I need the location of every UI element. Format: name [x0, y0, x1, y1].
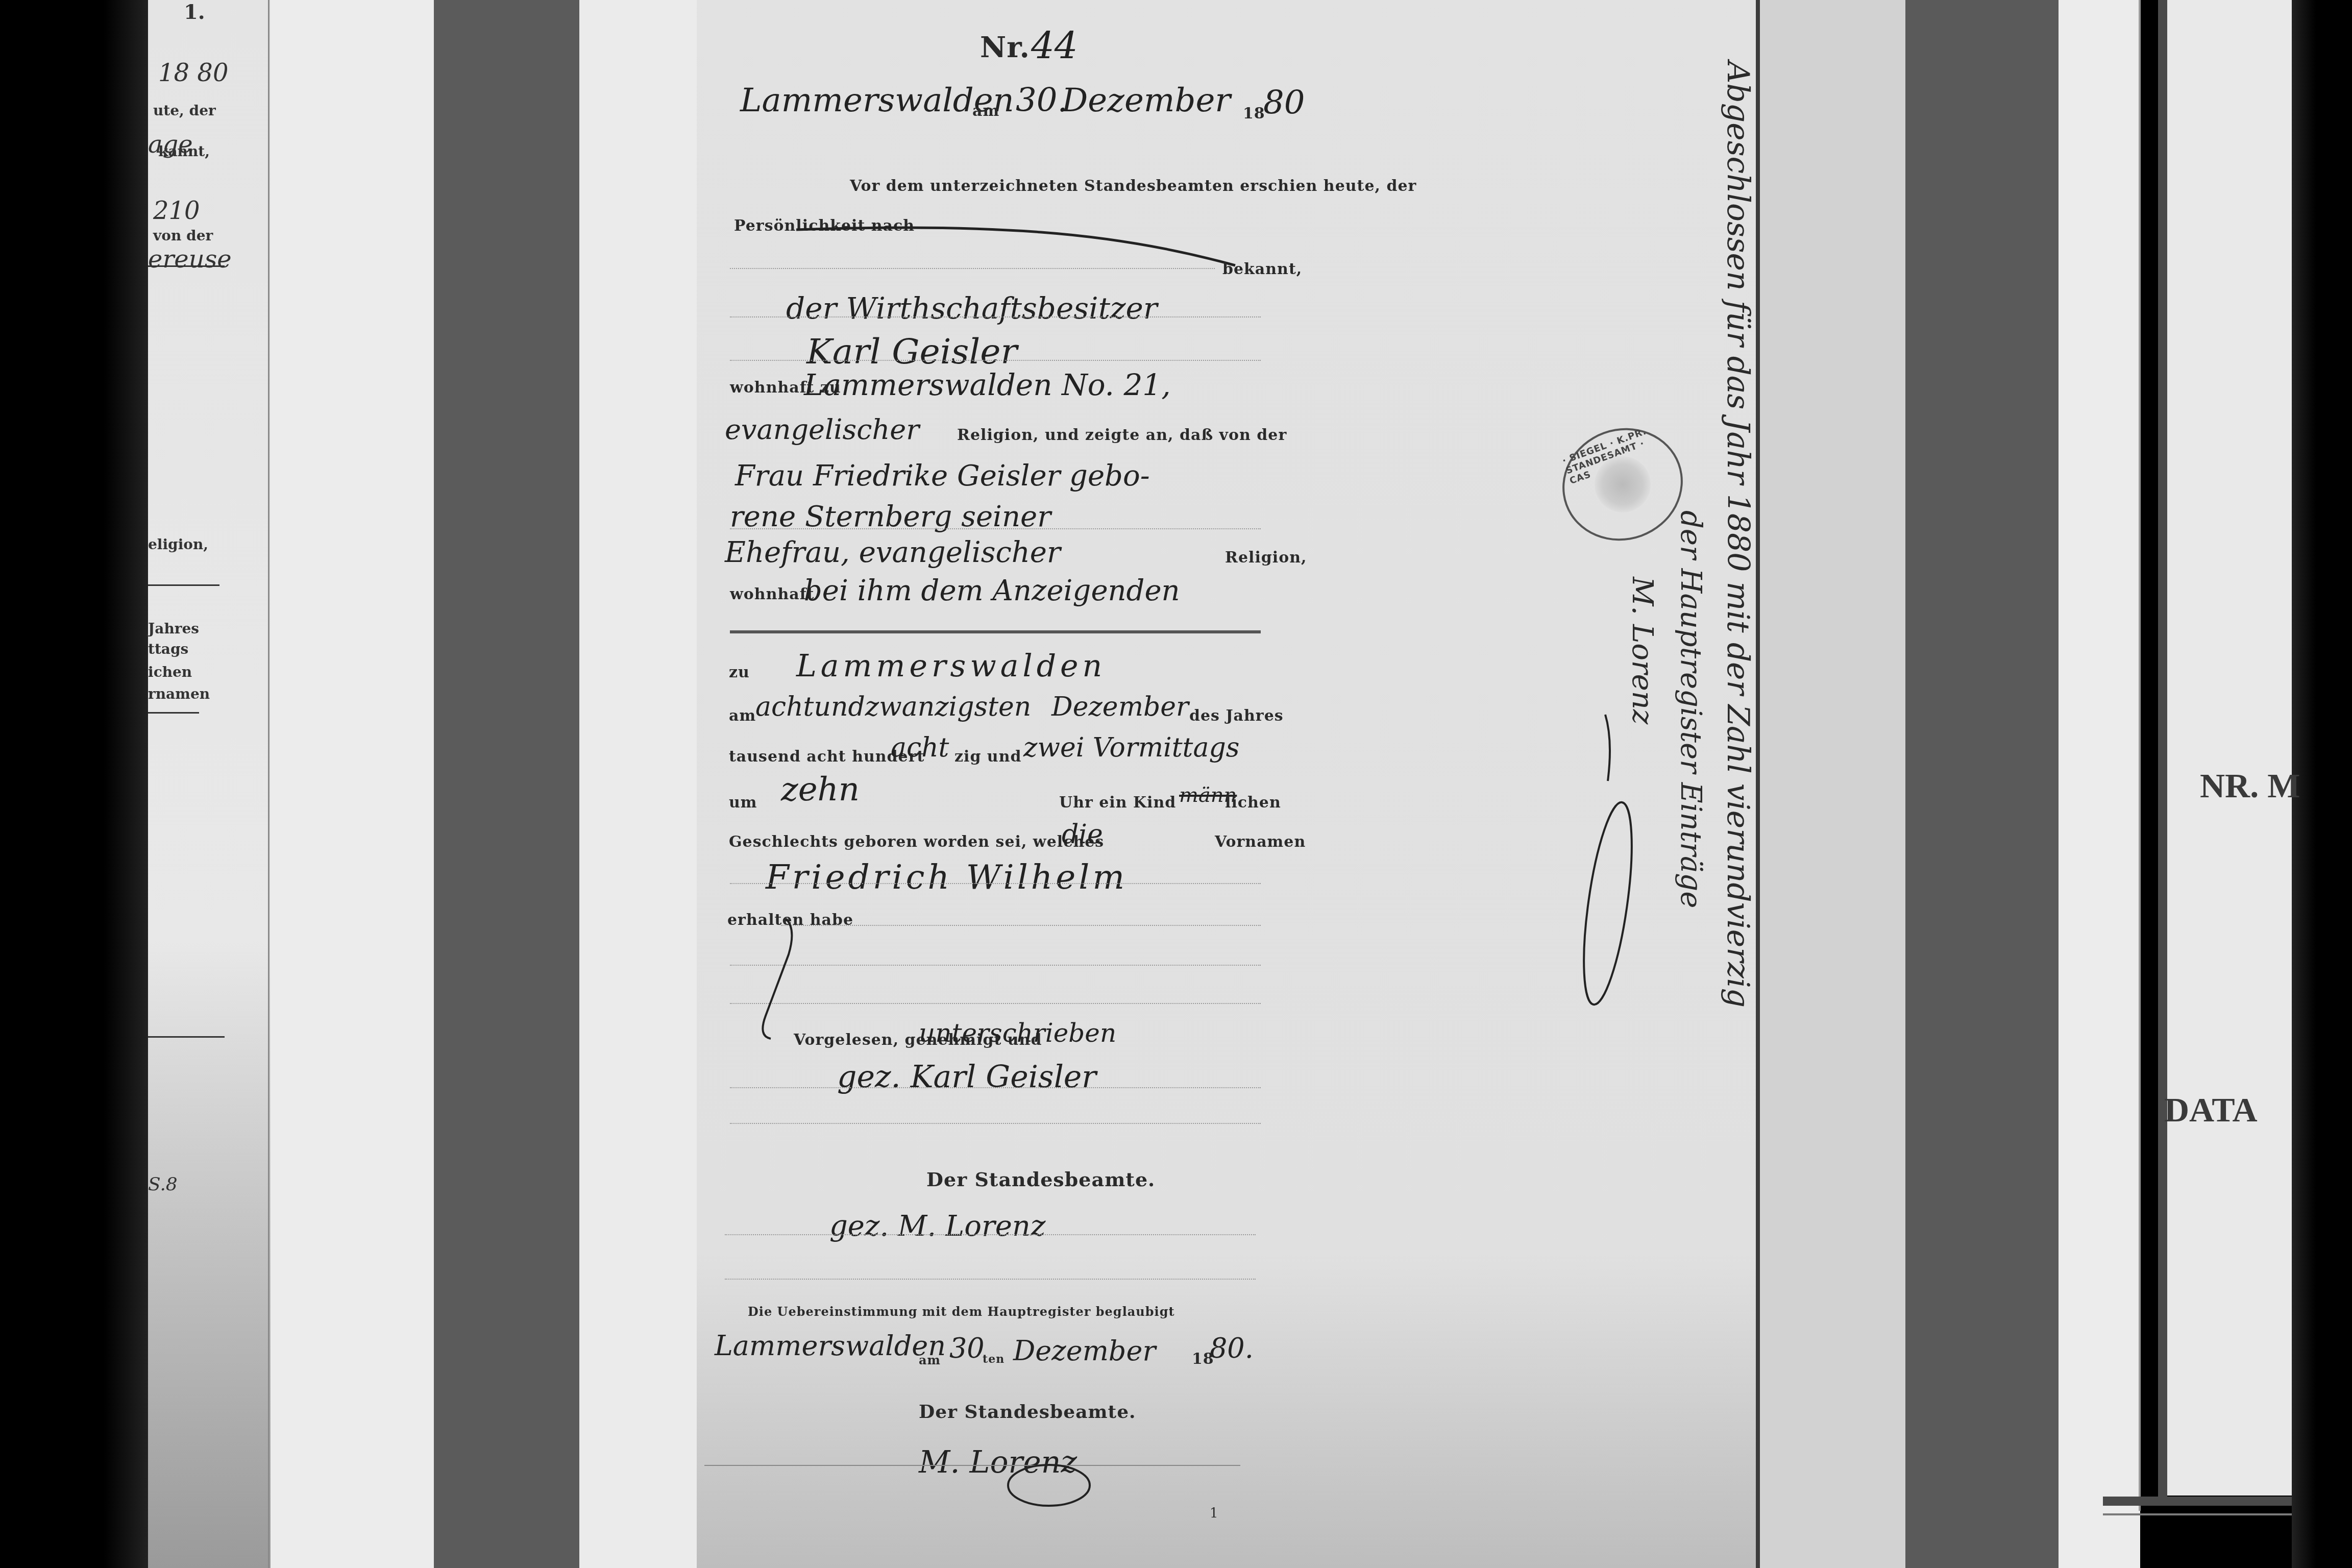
birthplace-value: Lammerswalden: [796, 648, 1106, 684]
record-number: 44: [1031, 24, 1078, 67]
cert-year-suffix: 80.: [1210, 1332, 1254, 1364]
form-line: [730, 1003, 1261, 1004]
right-page-fragment: [2167, 0, 2295, 1496]
frame-line-thick: [2158, 0, 2167, 1506]
left-fragment-line: ttags: [148, 641, 188, 657]
cert-title: Der Standesbeamte.: [919, 1401, 1136, 1423]
film-edge-left: [0, 0, 148, 1568]
left-fragment-number: 1.: [184, 0, 205, 24]
page-mark: 1: [1210, 1506, 1219, 1521]
cert-day-suffix: ten: [983, 1353, 1004, 1366]
birth-year-label: des Jahres: [1189, 707, 1284, 725]
closing-bracket-line: [730, 914, 806, 1046]
religion-label: Religion, und zeigte an, daß von der: [957, 426, 1287, 444]
zig-label: zig und: [954, 748, 1021, 766]
frame-line-thin: [2139, 0, 2141, 1511]
cert-month: Dezember: [1013, 1335, 1156, 1367]
left-fragment-line: Jahres: [148, 620, 199, 637]
am-label: am: [972, 102, 999, 120]
left-fragment-line: rnamen: [148, 685, 210, 702]
form-line: [725, 1234, 1256, 1235]
mother-line-1: Frau Friedrike Geisler gebo-: [735, 459, 1150, 493]
registrar-title: Der Standesbeamte.: [926, 1168, 1155, 1191]
film-edge-right: [2292, 0, 2352, 1568]
birth-day-value: achtundzwanzigsten: [755, 692, 1031, 722]
cert-day: 30: [949, 1332, 985, 1364]
left-fragment-hand: S.8: [148, 1174, 178, 1195]
left-fragment-line: ute, der: [153, 102, 216, 119]
margin-signature-flourish: [1577, 709, 1638, 1016]
frame-line-bottom: [2103, 1497, 2307, 1506]
form-line: [730, 268, 1215, 269]
mother-residence-value: bei ihm dem Anzeigenden: [804, 574, 1180, 607]
residence-value: Lammerswalden No. 21,: [804, 367, 1171, 402]
informant-occupation: der Wirthschaftsbesitzer: [786, 291, 1158, 326]
article-value: die: [1062, 819, 1103, 850]
record-number-label: Nr.: [980, 31, 1030, 64]
margin-annotation-line-1: Abgeschlossen für das Jahr 1880 mit der …: [1720, 61, 1756, 1008]
cert-place: Lammerswalden: [715, 1330, 946, 1362]
uhr-label: Uhr ein Kind: [1059, 794, 1176, 812]
form-line: [704, 1465, 1240, 1466]
section-divider: [730, 630, 1261, 633]
signature-flourish: [1000, 1460, 1092, 1516]
document-right-margin: [1760, 0, 1905, 1568]
left-fragment-rule: [148, 584, 219, 586]
form-line: [730, 528, 1261, 529]
margin-annotation-line-2: der Hauptregister Einträge: [1674, 510, 1707, 908]
certification-text: Die Uebereinstimmung mit dem Hauptregist…: [748, 1304, 1175, 1319]
form-line: [730, 1087, 1261, 1088]
cert-am: am: [919, 1353, 941, 1367]
registrar-signature: gez. M. Lorenz: [829, 1210, 1045, 1243]
birth-day-label: am: [729, 707, 756, 725]
left-fragment-rule: [148, 712, 199, 714]
hour-label: um: [729, 794, 757, 812]
birth-month-value: Dezember: [1051, 692, 1189, 722]
left-fragment-year: 18 80: [158, 59, 228, 87]
time-of-day-value: zwei Vormittags: [1023, 732, 1240, 763]
left-fragment-rule: [148, 265, 225, 267]
paper-strip: [2059, 0, 2140, 1568]
decade-value: acht: [891, 732, 949, 763]
left-fragment-line: eligion,: [148, 536, 208, 553]
hour-value: zehn: [781, 771, 860, 808]
date-month: Dezember: [1062, 82, 1231, 119]
informant-name: Karl Geisler: [806, 332, 1017, 372]
left-fragment-rule: [148, 1036, 225, 1038]
identity-suffix: bekannt,: [1222, 260, 1302, 278]
given-names-label: Vornamen: [1215, 833, 1306, 851]
left-fragment-line: kannt,: [158, 143, 210, 160]
mother-line-3: Ehefrau, evangelischer: [725, 536, 1061, 569]
geschlecht-label: Geschlechts geboren worden sei, welches: [729, 833, 1104, 851]
left-fragment-hand: 210: [153, 197, 200, 225]
left-fragment-hand: ereuse: [148, 245, 232, 274]
left-fragment-line: von der: [153, 227, 213, 244]
year-suffix: 80: [1263, 84, 1305, 122]
form-line: [781, 925, 1261, 926]
religion-label-2: Religion,: [1225, 549, 1307, 567]
birthplace-label: zu: [729, 664, 750, 681]
intro-text: Vor dem unterzeichneten Standesbeamten e…: [850, 177, 1416, 195]
left-fragment-line: ichen: [148, 664, 192, 680]
read-value: unterschrieben: [919, 1018, 1116, 1048]
right-page-label-nr: NR. M: [2200, 766, 2300, 806]
paper-strip: [271, 0, 434, 1568]
frame-line-bottom-thin: [2103, 1513, 2307, 1515]
form-line: [730, 965, 1261, 966]
religion-value: evangelischer: [725, 413, 919, 446]
right-page-label-data: DATA: [2164, 1090, 2258, 1130]
form-line: [730, 360, 1261, 361]
strike-line: [786, 219, 1256, 271]
document-edge-line: [1756, 0, 1760, 1568]
given-names-value: Friedrich Wilhelm: [766, 857, 1128, 897]
form-line: [730, 883, 1261, 884]
form-line: [725, 1279, 1256, 1280]
separator-band-right: [1905, 0, 2059, 1568]
separator-band-left: [434, 0, 579, 1568]
date-day: 30.: [1016, 82, 1068, 119]
year-prefix: 18: [1243, 105, 1265, 122]
left-page-border-line: [268, 0, 269, 1568]
sex-suffix: lichen: [1225, 794, 1281, 812]
form-line: [730, 1123, 1261, 1124]
informant-signature: gez. Karl Geisler: [837, 1059, 1096, 1095]
form-line: [730, 316, 1261, 317]
paper-strip: [579, 0, 697, 1568]
mother-residence-label: wohnhaft: [730, 585, 814, 603]
margin-annotation-signature: M. Lorenz: [1626, 577, 1659, 724]
